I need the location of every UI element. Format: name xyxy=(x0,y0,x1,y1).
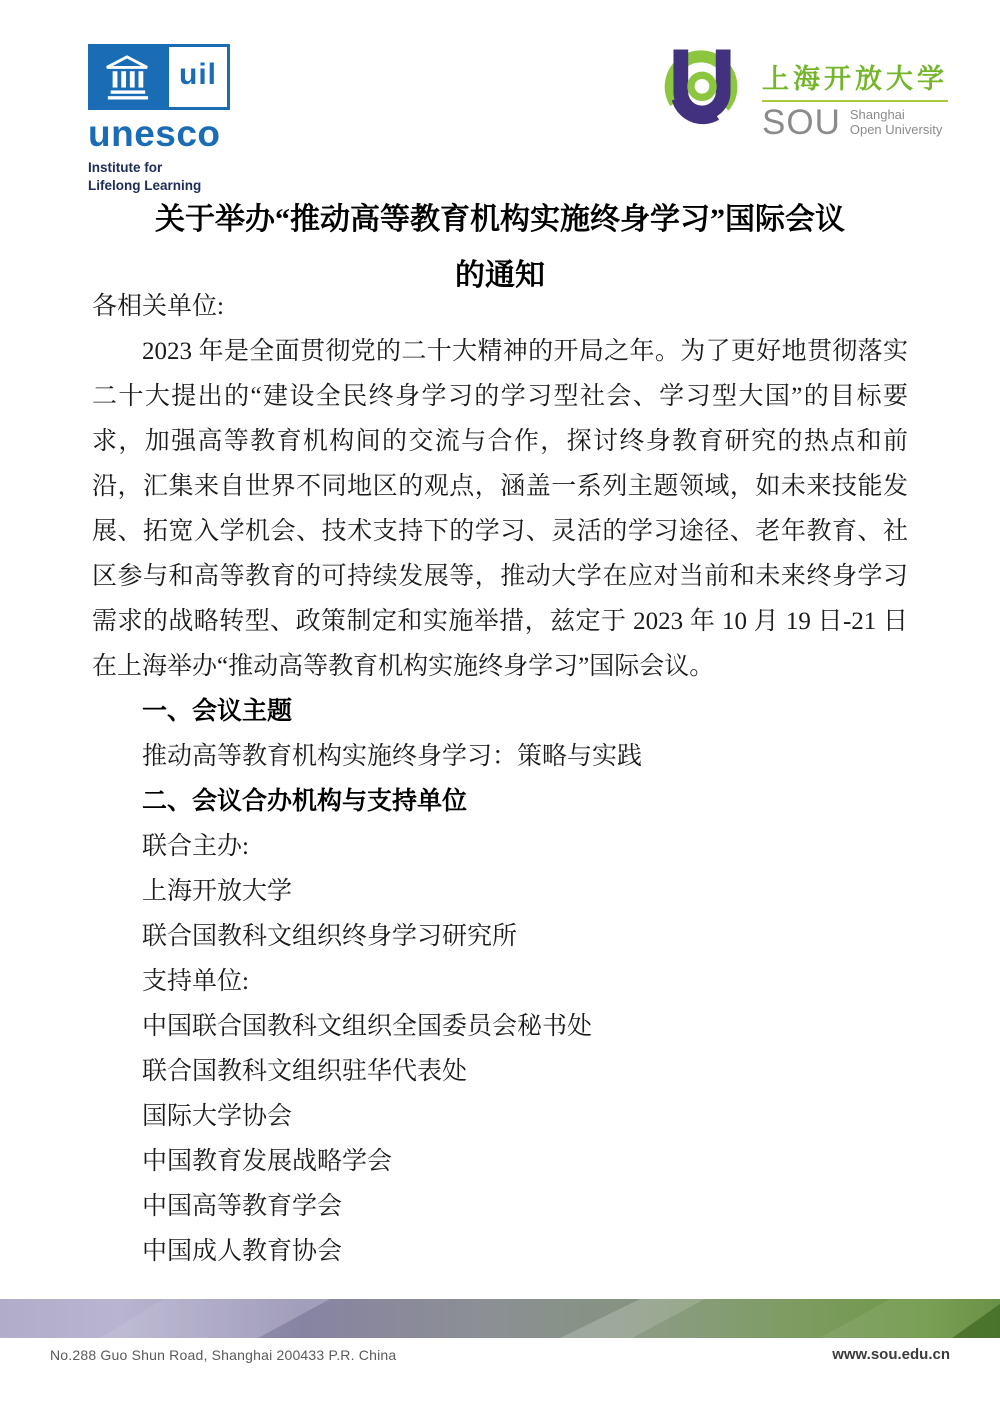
unesco-temple-icon xyxy=(88,44,166,110)
list-item-co-host-label: 联合主办: xyxy=(92,824,908,869)
footer-website: www.sou.edu.cn xyxy=(832,1346,950,1363)
list-item-cseds: 中国教育发展战略学会 xyxy=(92,1139,908,1184)
list-item-natcom: 中国联合国教科文组织全国委员会秘书处 xyxy=(92,1004,908,1049)
footer: No.288 Guo Shun Road, Shanghai 200433 P.… xyxy=(50,1346,950,1363)
document-title-line1: 关于举办“推动高等教育机构实施终身学习”国际会议 xyxy=(0,192,1000,248)
sou-text-block: 上海开放大学 SOU Shanghai Open University xyxy=(762,45,948,140)
footer-decorative-band xyxy=(0,1299,1000,1338)
unesco-uil-logo: uil unesco Institute for Lifelong Learni… xyxy=(88,44,230,194)
list-item-sou: 上海开放大学 xyxy=(92,869,908,914)
unesco-logo-boxes: uil xyxy=(88,44,230,110)
document-header: uil unesco Institute for Lifelong Learni… xyxy=(0,42,1000,172)
sou-english-name: Shanghai Open University xyxy=(850,108,942,138)
sou-english-block: SOU Shanghai Open University xyxy=(762,105,948,140)
sou-english-line2: Open University xyxy=(850,123,942,138)
section1-content: 推动高等教育机构实施终身学习：策略与实践 xyxy=(92,734,908,779)
document-page: uil unesco Institute for Lifelong Learni… xyxy=(0,0,1000,1414)
uil-logo-box: uil xyxy=(166,44,230,110)
list-item-uil: 联合国教科文组织终身学习研究所 xyxy=(92,914,908,959)
sou-english-line1: Shanghai xyxy=(850,108,942,123)
list-item-cahe: 中国高等教育学会 xyxy=(92,1184,908,1229)
footer-address: No.288 Guo Shun Road, Shanghai 200433 P.… xyxy=(50,1347,396,1363)
unesco-subtitle: Institute for Lifelong Learning xyxy=(88,159,230,194)
sou-divider-line xyxy=(762,100,948,102)
section2-heading: 二、会议合办机构与支持单位 xyxy=(92,779,908,824)
sou-chinese-name: 上海开放大学 xyxy=(762,57,948,96)
sou-logo: 上海开放大学 SOU Shanghai Open University xyxy=(656,42,948,143)
sou-emblem-icon xyxy=(656,42,748,143)
list-item-unesco-beijing: 联合国教科文组织驻华代表处 xyxy=(92,1049,908,1094)
sou-acronym: SOU xyxy=(762,105,841,140)
document-body: 各相关单位: 2023 年是全面贯彻党的二十大精神的开局之年。为了更好地贯彻落实… xyxy=(92,284,908,1274)
unesco-wordmark: unesco xyxy=(88,115,230,152)
list-item-support-label: 支持单位: xyxy=(92,959,908,1004)
section1-heading: 一、会议主题 xyxy=(92,689,908,734)
main-paragraph: 2023 年是全面贯彻党的二十大精神的开局之年。为了更好地贯彻落实二十大提出的“… xyxy=(92,329,908,689)
uil-acronym: uil xyxy=(179,58,217,92)
list-item-caea: 中国成人教育协会 xyxy=(92,1229,908,1274)
salutation: 各相关单位: xyxy=(92,284,908,329)
list-item-iau: 国际大学协会 xyxy=(92,1094,908,1139)
unesco-subtitle-line1: Institute for xyxy=(88,159,230,177)
